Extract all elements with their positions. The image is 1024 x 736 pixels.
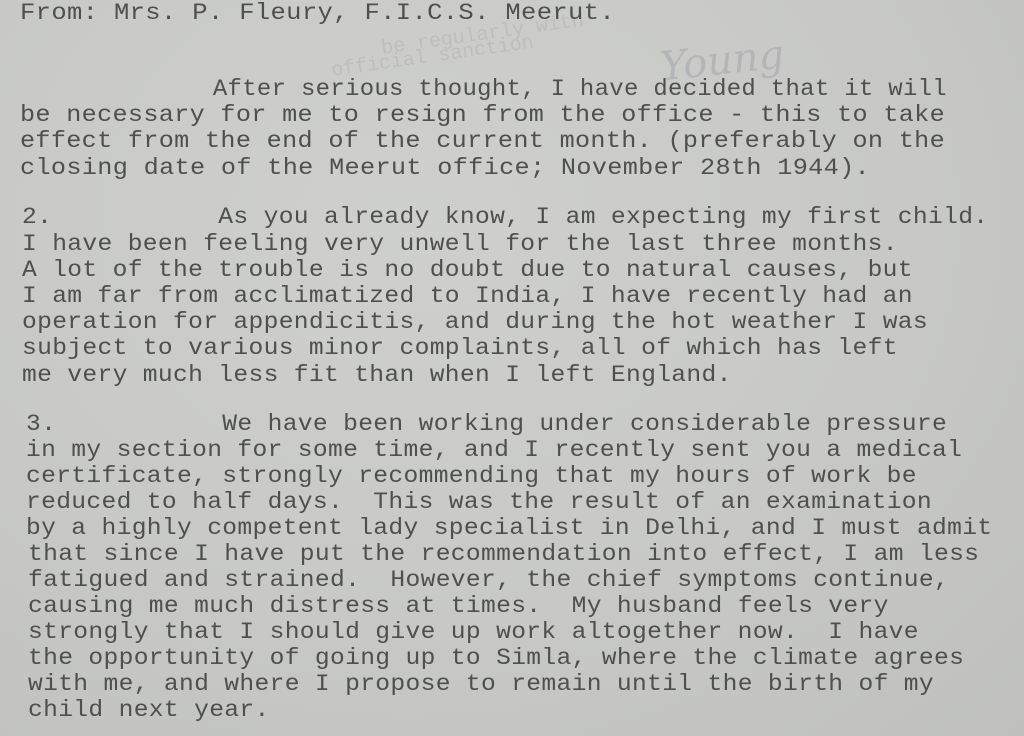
paragraph-3-line: child next year. [28,699,270,722]
paragraph-2-line: me very much less fit than when I left E… [22,364,732,387]
paragraph-1-line: closing date of the Meerut office; Novem… [20,157,870,180]
paragraph-3-line: by a highly competent lady specialist in… [26,517,992,540]
paragraph-3-line: certificate, strongly recommending that … [26,465,917,488]
paragraph-3-line: strongly that I should give up work alto… [28,621,919,644]
paragraph-3-line: causing me much distress at times. My hu… [28,595,889,618]
paragraph-2-line: I have been feeling very unwell for the … [22,233,898,256]
paragraph-2-line: A lot of the trouble is no doubt due to … [22,259,913,282]
paragraph-3-line: the opportunity of going up to Simla, wh… [28,647,964,670]
paragraph-1-line: effect from the end of the current month… [20,130,945,153]
paragraph-3-line: in my section for some time, and I recen… [26,439,962,462]
typewritten-letter: be regularly with official sanction Youn… [0,0,1024,736]
paragraph-3-line: with me, and where I propose to remain u… [28,673,934,696]
paragraph-3-line: reduced to half days. This was the resul… [26,491,932,514]
paragraph-2-line: operation for appendicitis, and during t… [22,311,928,334]
paragraph-2-line: subject to various minor complaints, all… [22,337,898,360]
paragraph-2-line: 2. As you already know, I am expecting m… [22,206,988,229]
letter-header: From: Mrs. P. Fleury, F.I.C.S. Meerut. [20,2,615,25]
paragraph-1-line: be necessary for me to resign from the o… [20,104,945,127]
paragraph-3-line: fatigued and strained. However, the chie… [28,569,949,592]
paragraph-3-line: 3. We have been working under considerab… [26,413,947,436]
paragraph-3-line: that since I have put the recommendation… [28,543,979,566]
paragraph-1-line: After serious thought, I have decided th… [22,78,947,101]
paragraph-2-line: I am far from acclimatized to India, I h… [22,285,913,308]
